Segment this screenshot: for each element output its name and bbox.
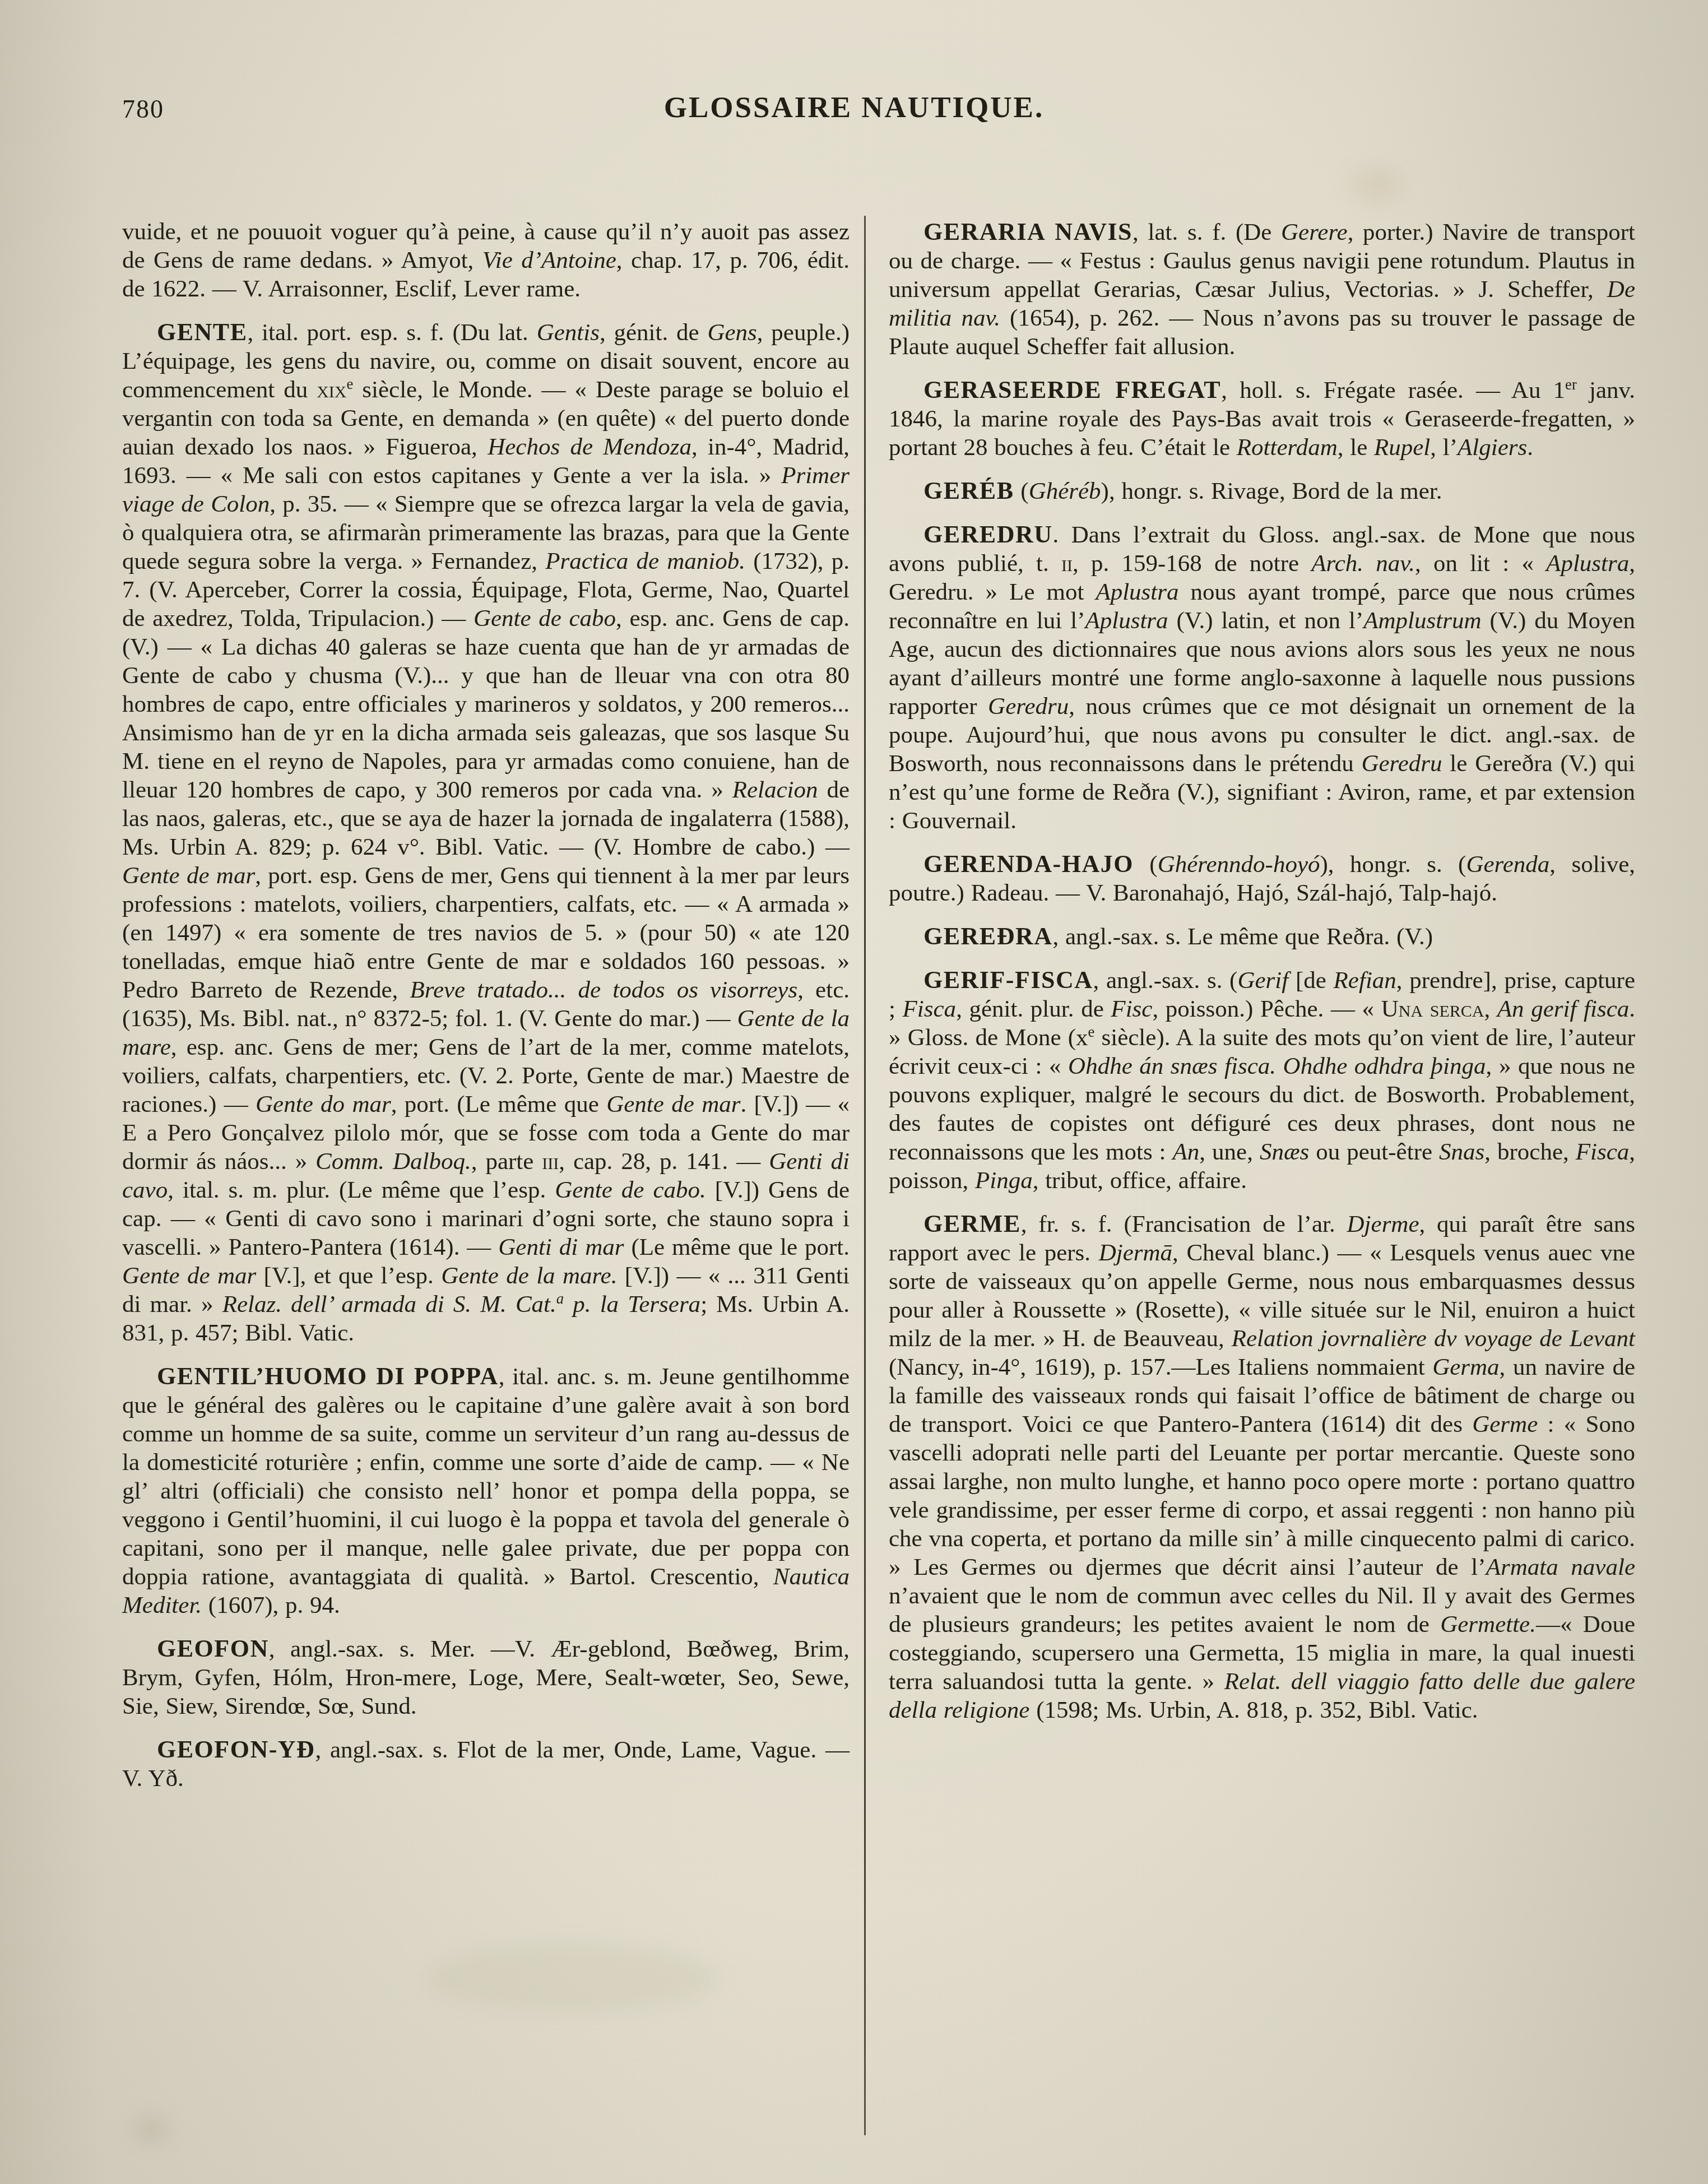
entry-text: , angl.-sax. s. Le même que Reðra. (V.): [1053, 924, 1433, 950]
entry-text: Germa: [1432, 1354, 1499, 1380]
entry-headword: GEREDRU: [923, 521, 1053, 548]
entry-text: xix: [317, 377, 346, 403]
entry-text: , ital. port. esp. s. f. (Du lat.: [248, 319, 537, 346]
entry-text: .: [1527, 434, 1533, 461]
entry-headword: GEREÐRA: [923, 922, 1053, 950]
entry-text: Ohdhe án snæs fisca. Ohdhe odhdra þinga: [1068, 1053, 1486, 1079]
entry-text: er: [1565, 376, 1577, 393]
entry-text: ou peut-être: [1309, 1139, 1439, 1165]
entry-text: Gerenda: [1466, 851, 1549, 878]
entry-text: Gerif: [1237, 967, 1288, 994]
entry-text: , ital. anc. s. m. Jeune gentilhomme que…: [122, 1364, 850, 1590]
entry-text: (1654), p. 262. — Nous n’avons pas su tr…: [889, 305, 1635, 360]
glossary-entry: GEOFON-YÐ, angl.-sax. s. Flot de la mer,…: [122, 1735, 850, 1793]
entry-text: Rupel: [1374, 434, 1430, 461]
entry-text: Gente de cabo: [474, 605, 616, 632]
entry-text: , le: [1338, 434, 1374, 461]
column-right: GERARIA NAVIS, lat. s. f. (De Gerere, po…: [889, 217, 1635, 1724]
glossary-entry: GERASEERDE FREGAT, holl. s. Frégate rasé…: [889, 375, 1635, 462]
glossary-entry: GENTIL’HUOMO DI POPPA, ital. anc. s. m. …: [122, 1362, 850, 1620]
entry-text: [V.], et que l’esp.: [256, 1263, 441, 1289]
entry-text: (: [1134, 851, 1158, 878]
glossary-entry: GEOFON, angl.-sax. s. Mer. —V. Ær-geblon…: [122, 1634, 850, 1721]
entry-text: Gerere: [1281, 219, 1348, 245]
entry-text: Gente de mar: [122, 863, 255, 889]
entry-text: e: [1088, 1023, 1095, 1040]
entry-text: (: [1014, 478, 1029, 504]
entry-text: , poisson.) Pêche. — «: [1152, 996, 1381, 1022]
entry-text: Aplustra: [1546, 550, 1629, 577]
glossary-entry: GERÉB (Ghéréb), hongr. s. Rivage, Bord d…: [889, 476, 1635, 506]
entry-text: Arch. nav.: [1311, 550, 1415, 577]
glossary-entry: vuide, et ne pouuoit voguer qu’à peine, …: [122, 217, 850, 303]
entry-text: , tribut, office, affaire.: [1033, 1167, 1247, 1194]
entry-text: Gente de cabo.: [555, 1177, 706, 1203]
entry-text: Una serca: [1381, 996, 1484, 1022]
entry-text: Gente de la mare.: [441, 1263, 617, 1289]
entry-text: Snas: [1439, 1139, 1484, 1165]
scan-stain: [1350, 168, 1401, 202]
entry-headword: GERARIA NAVIS: [923, 218, 1133, 245]
entry-text: (Le même que le port.: [624, 1234, 850, 1260]
entry-text: Geredru: [1361, 750, 1442, 777]
entry-text: Aplustra: [1085, 608, 1168, 634]
entry-text: (1607), p. 94.: [202, 1592, 340, 1619]
entry-text: Aplustra: [1096, 579, 1178, 605]
glossary-entry: GERARIA NAVIS, lat. s. f. (De Gerere, po…: [889, 217, 1635, 361]
entry-text: iii: [542, 1148, 559, 1175]
entry-text: Ghérenndo-hoyó: [1158, 851, 1320, 878]
entry-text: Algiers: [1458, 434, 1527, 461]
entry-text: , une,: [1199, 1139, 1260, 1165]
entry-text: a: [556, 1290, 564, 1307]
column-divider-rule: [864, 216, 866, 2135]
entry-text: Fisca: [1576, 1139, 1630, 1165]
entry-text: ii: [1061, 550, 1073, 577]
glossary-entry: GEREÐRA, angl.-sax. s. Le même que Reðra…: [889, 922, 1635, 951]
entry-text: , angl.-sax. s. (: [1093, 967, 1238, 994]
entry-text: Amplustrum: [1363, 608, 1481, 634]
entry-text: , holl. s. Frégate rasée. — Au 1: [1221, 377, 1565, 404]
entry-text: ), hongr. s. (: [1320, 851, 1466, 878]
entry-text: Gente do mar: [256, 1091, 391, 1117]
entry-text: An: [1173, 1139, 1200, 1165]
glossary-entry: GERIF-FISCA, angl.-sax. s. (Gerif [de Re…: [889, 966, 1635, 1195]
entry-headword: GENTIL’HUOMO DI POPPA: [157, 1362, 499, 1390]
entry-text: , génit. plur. de: [956, 996, 1111, 1022]
entry-text: Practica de maniob.: [545, 548, 745, 574]
entry-text: , esp. anc. Gens de cap. (V.) — « La dic…: [122, 605, 850, 803]
entry-text: Germette.: [1440, 1611, 1536, 1638]
entry-text: , broche,: [1484, 1139, 1575, 1165]
entry-text: e: [346, 375, 353, 392]
entry-text: Gens: [707, 319, 756, 346]
entry-headword: GERENDA-HAJO: [923, 850, 1134, 878]
entry-headword: GERME: [923, 1210, 1021, 1237]
entry-text: Comm. Dalboq.: [315, 1148, 471, 1175]
entry-text: Relation jovrnalière dv voyage de Levant: [1232, 1325, 1635, 1352]
entry-text: , lat. s. f. (De: [1133, 219, 1281, 245]
entry-text: , ital. s. m. plur. (Le même que l’esp.: [168, 1177, 555, 1203]
running-title: GLOSSAIRE NAUTIQUE.: [0, 91, 1708, 124]
entry-headword: GERASEERDE FREGAT: [923, 376, 1221, 404]
entry-headword: GERIF-FISCA: [923, 966, 1093, 994]
entry-text: Hechos de Mendoza: [488, 434, 691, 460]
entry-text: Breve tratado... de todos os visorreys: [410, 977, 797, 1003]
glossary-entry: GEREDRU. Dans l’extrait du Gloss. angl.-…: [889, 520, 1635, 835]
glossary-entry: GERME, fr. s. f. (Francisation de l’ar. …: [889, 1209, 1635, 1724]
entry-text: , l’: [1430, 434, 1458, 461]
entry-text: Relacion: [732, 777, 818, 803]
entry-text: Gentis: [537, 319, 600, 346]
entry-text: Geredru: [988, 693, 1069, 720]
entry-text: Refian: [1334, 967, 1396, 994]
entry-text: [de: [1288, 967, 1333, 994]
entry-text: , parte: [471, 1148, 542, 1175]
entry-text: Fisca: [903, 996, 957, 1022]
glossary-entry: GERENDA-HAJO (Ghérenndo-hoyó), hongr. s.…: [889, 850, 1635, 907]
entry-text: Djermā: [1099, 1240, 1172, 1266]
entry-text: Genti di mar: [498, 1234, 624, 1260]
entry-text: ), hongr. s. Rivage, Bord de la mer.: [1101, 478, 1442, 504]
entry-text: Relaz. dell’ armada di S. M. Cat.: [222, 1291, 556, 1318]
entry-text: , cap. 28, p. 141. —: [559, 1148, 769, 1175]
entry-text: Rotterdam: [1237, 434, 1338, 461]
entry-text: Ghéréb: [1029, 478, 1101, 504]
entry-text: Armata navale: [1486, 1554, 1635, 1580]
column-left: vuide, et ne pouuoit voguer qu’à peine, …: [122, 217, 850, 1793]
entry-text: Gente de mar: [122, 1263, 256, 1289]
entry-text: (1598; Ms. Urbin, A. 818, p. 352, Bibl. …: [1029, 1697, 1478, 1723]
scan-stain: [134, 2118, 168, 2141]
entry-text: Snæs: [1260, 1139, 1309, 1165]
entry-text: , génit. de: [600, 319, 707, 346]
entry-text: , p. 159-168 de notre: [1073, 550, 1311, 577]
entry-text: Djerme: [1347, 1211, 1419, 1237]
entry-text: , on lit : «: [1415, 550, 1546, 577]
entry-text: (V.) latin, et non l’: [1168, 608, 1364, 634]
entry-text: ,: [1484, 996, 1497, 1022]
entry-text: Vie d’Antoine: [482, 247, 616, 273]
entry-text: Gente de mar: [606, 1091, 740, 1117]
entry-text: An gerif fisca: [1497, 996, 1629, 1022]
entry-headword: GEOFON-YÐ: [157, 1736, 315, 1763]
entry-text: , fr. s. f. (Francisation de l’ar.: [1021, 1211, 1347, 1237]
entry-text: Fisc: [1111, 996, 1152, 1022]
entry-text: (Nancy, in-4°, 1619), p. 157.—Les Italie…: [889, 1354, 1432, 1380]
entry-headword: GERÉB: [923, 477, 1014, 504]
scan-stain: [426, 1945, 717, 2012]
entry-headword: GENTE: [157, 318, 248, 346]
entry-headword: GEOFON: [157, 1635, 269, 1662]
entry-text: , port. (Le même que: [391, 1091, 606, 1117]
glossary-entry: GENTE, ital. port. esp. s. f. (Du lat. G…: [122, 318, 850, 1347]
entry-text: Pinga: [975, 1167, 1033, 1194]
entry-text: p. la Tersera: [564, 1291, 700, 1318]
entry-text: Germe: [1472, 1411, 1538, 1438]
